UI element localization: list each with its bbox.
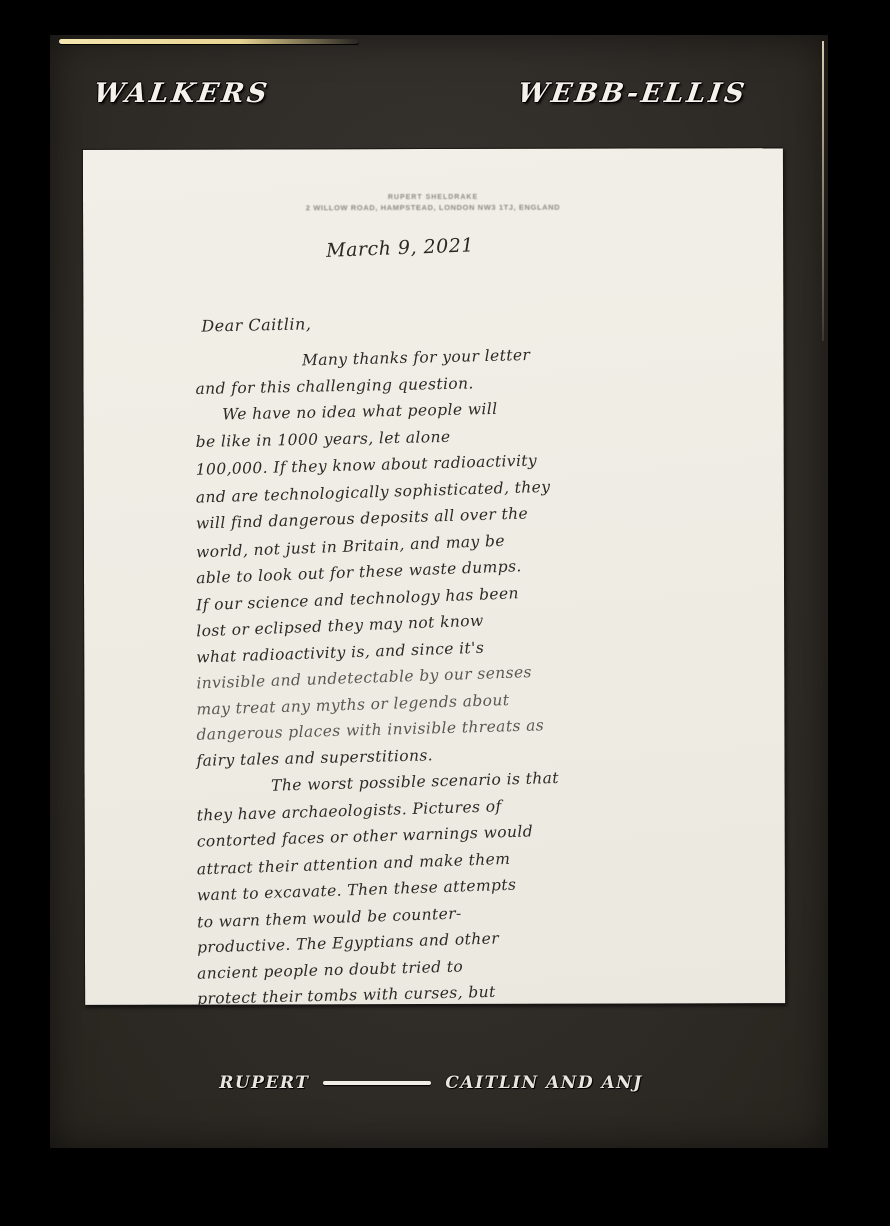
letter-paper: RUPERT SHELDRAKE 2 WILLOW ROAD, HAMPSTEA… [82,147,785,1005]
letter-frame: WALKERS WEBB-ELLIS RUPERT SHELDRAKE 2 WI… [50,35,828,1148]
footer-to: CAITLIN AND ANJ [445,1073,642,1093]
header-left-title: WALKERS [92,78,272,109]
footer-correspondents: RUPERT CAITLIN AND ANJ [42,1073,820,1093]
header-right-title: WEBB-ELLIS [516,78,749,109]
letter-salutation: Dear Caitlin, [201,314,311,335]
letterhead-address: 2 WILLOW ROAD, HAMPSTEAD, LONDON NW3 1TJ… [83,202,783,214]
footer-from: RUPERT [219,1073,309,1093]
letter-date: March 9, 2021 [326,234,475,262]
letter-body: Many thanks for your letter and for this… [195,343,697,1005]
frame-edge-highlight [822,41,824,341]
gold-frame-rail [59,39,359,44]
letterhead: RUPERT SHELDRAKE 2 WILLOW ROAD, HAMPSTEA… [83,192,783,214]
footer-divider-rule [323,1081,431,1085]
